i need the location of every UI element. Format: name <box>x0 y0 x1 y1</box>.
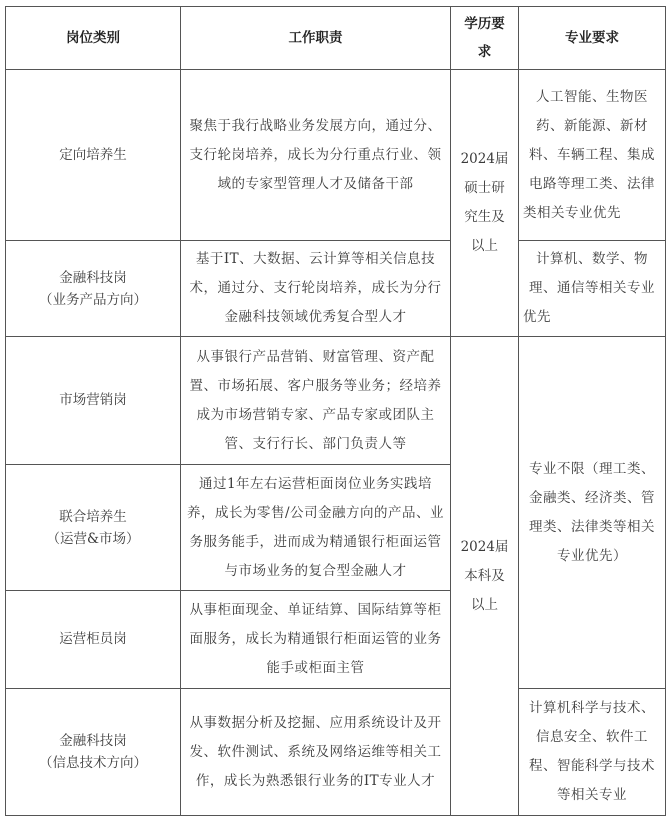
position-cell: 定向培养生 <box>6 70 181 241</box>
table-row: 定向培养生 聚焦于我行战略业务发展方向，通过分、支行轮岗培养，成长为分行重点行业… <box>6 70 666 241</box>
job-requirements-table: 岗位类别 工作职责 学历要 求 专业要求 定向培养生 聚焦于我行战略业务发展方向… <box>5 6 666 816</box>
table-row: 金融科技岗 （信息技术方向） 从事数据分析及挖掘、应用系统设计及开发、软件测试、… <box>6 689 666 816</box>
duties-cell: 聚焦于我行战略业务发展方向，通过分、支行轮岗培养，成长为分行重点行业、领域的专家… <box>181 70 451 241</box>
header-education: 学历要 求 <box>451 7 519 70</box>
position-cell: 运营柜员岗 <box>6 591 181 689</box>
table-row: 市场营销岗 从事银行产品营销、财富管理、资产配置、市场拓展、客户服务等业务；经培… <box>6 337 666 465</box>
position-cell: 联合培养生 （运营&市场） <box>6 465 181 591</box>
position-cell: 金融科技岗 （业务产品方向） <box>6 241 181 337</box>
header-row: 岗位类别 工作职责 学历要 求 专业要求 <box>6 7 666 70</box>
header-position: 岗位类别 <box>6 7 181 70</box>
education-cell-graduate: 2024届 硕士研 究生及 以上 <box>451 70 519 337</box>
duties-cell: 通过1年左右运营柜面岗位业务实践培养，成长为零售/公司金融方向的产品、业务服务能… <box>181 465 451 591</box>
major-cell: 计算机科学与技术、信息安全、软件工程、智能科学与技术等相关专业 <box>519 689 666 816</box>
duties-cell: 从事柜面现金、单证结算、国际结算等柜面服务，成长为精通银行柜面运管的业务能手或柜… <box>181 591 451 689</box>
duties-cell: 基于IT、大数据、云计算等相关信息技术，通过分、支行轮岗培养，成长为分行金融科技… <box>181 241 451 337</box>
position-cell: 市场营销岗 <box>6 337 181 465</box>
major-cell: 人工智能、生物医药、新能源、新材料、车辆工程、集成电路等理工类、法律类相关专业优… <box>519 70 666 241</box>
table-row: 金融科技岗 （业务产品方向） 基于IT、大数据、云计算等相关信息技术，通过分、支… <box>6 241 666 337</box>
header-major: 专业要求 <box>519 7 666 70</box>
duties-cell: 从事银行产品营销、财富管理、资产配置、市场拓展、客户服务等业务；经培养成为市场营… <box>181 337 451 465</box>
header-duties: 工作职责 <box>181 7 451 70</box>
major-cell: 计算机、数学、物理、通信等相关专业优先 <box>519 241 666 337</box>
major-cell-unrestricted: 专业不限（理工类、金融类、经济类、管理类、法律类等相关专业优先） <box>519 337 666 689</box>
duties-cell: 从事数据分析及挖掘、应用系统设计及开发、软件测试、系统及网络运维等相关工作，成长… <box>181 689 451 816</box>
education-cell-undergrad: 2024届 本科及 以上 <box>451 337 519 816</box>
position-cell: 金融科技岗 （信息技术方向） <box>6 689 181 816</box>
